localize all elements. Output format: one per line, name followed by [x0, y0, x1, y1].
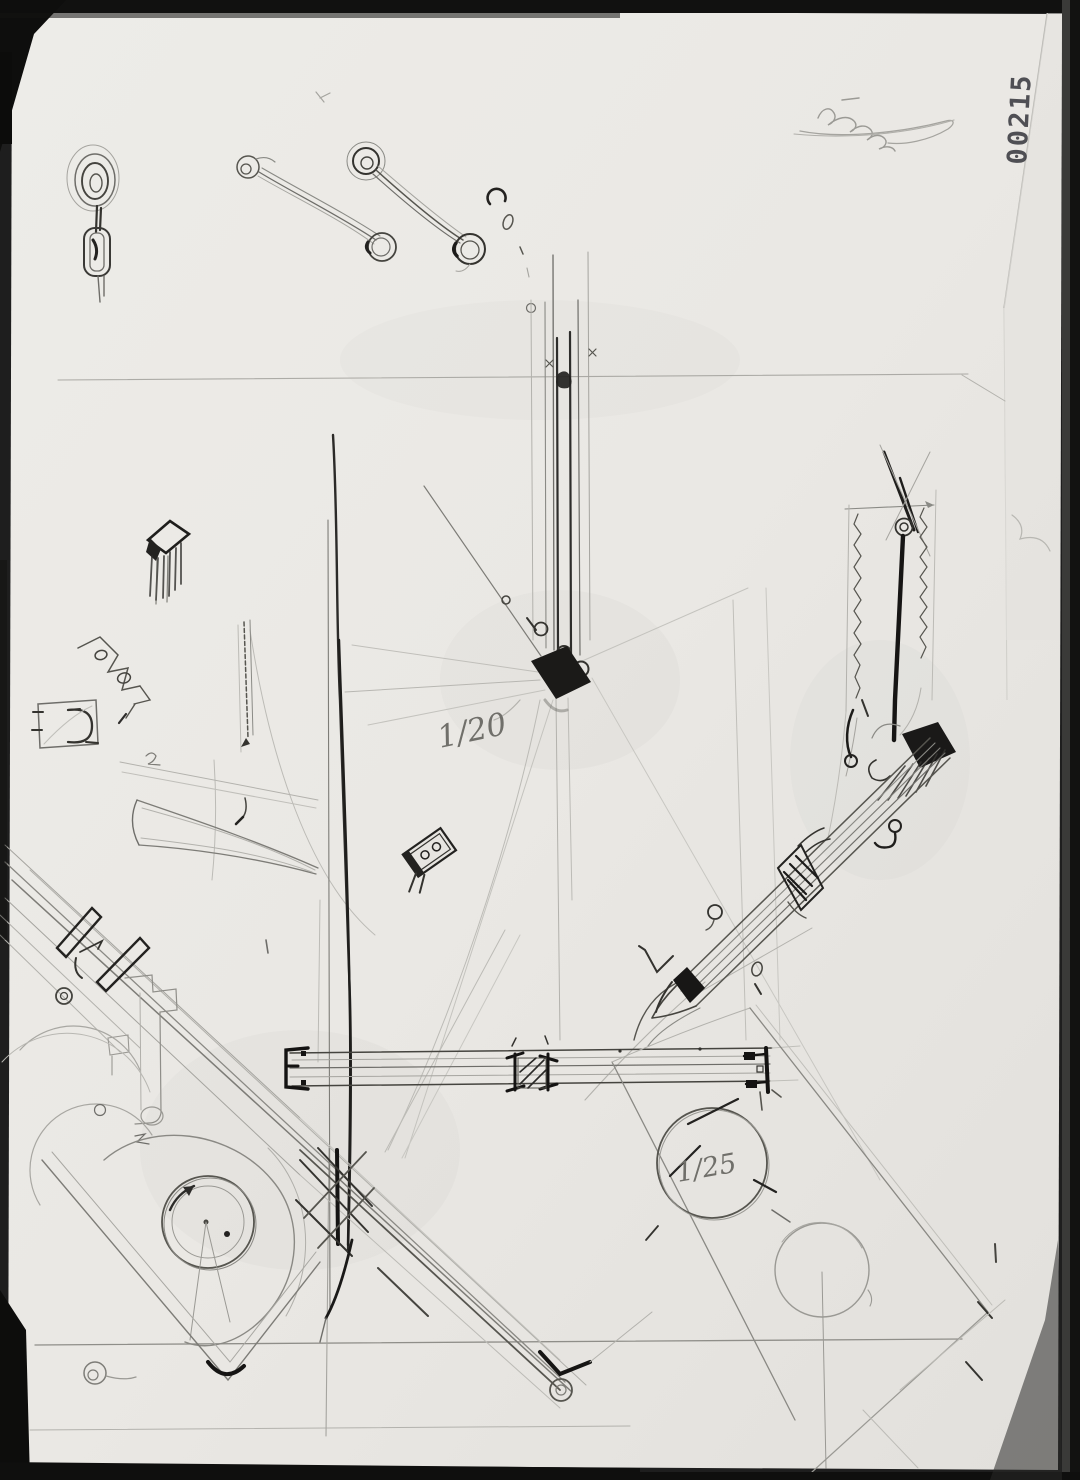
photographed-pencil-sketch: 1/20 [0, 0, 1080, 1480]
stamp-number: 00215 [1002, 73, 1038, 166]
sketch-canvas: 1/20 [0, 0, 1080, 1480]
